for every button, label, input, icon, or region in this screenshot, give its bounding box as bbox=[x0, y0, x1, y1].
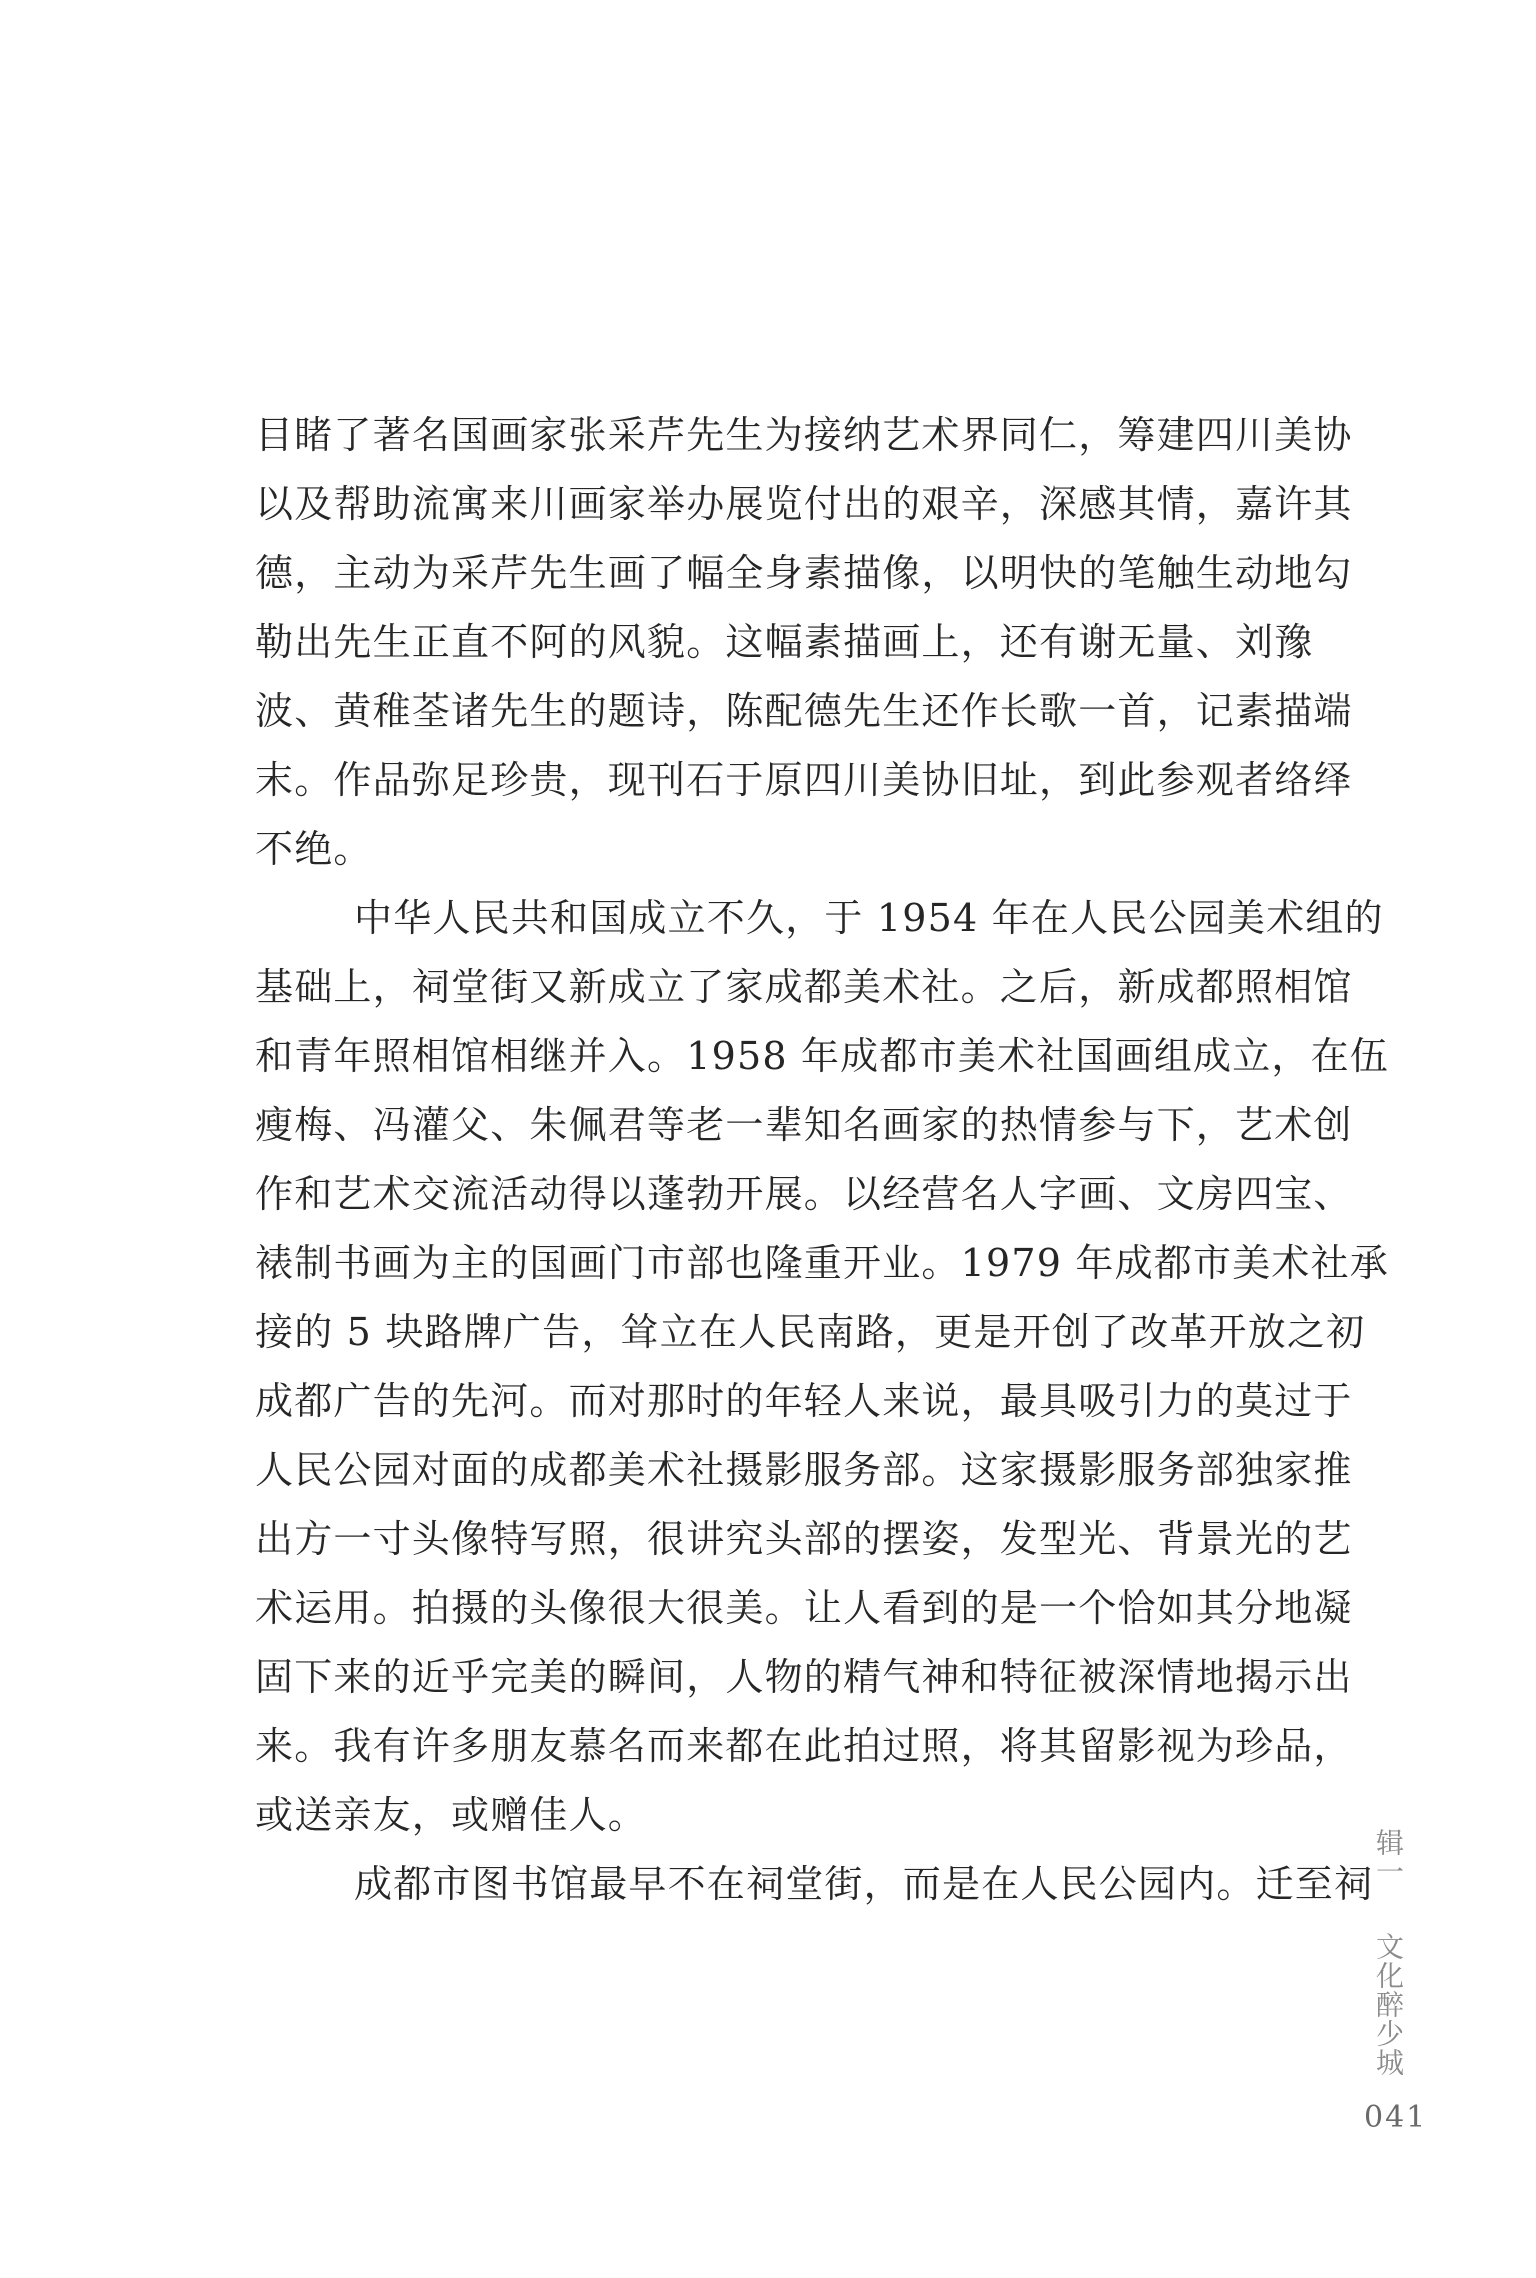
text-line: 术运用。拍摄的头像很大很美。让人看到的是一个恰如其分地凝 bbox=[255, 1582, 1247, 1651]
text-line: 基础上，祠堂街又新成立了家成都美术社。之后，新成都照相馆 bbox=[255, 961, 1247, 1030]
text-line: 固下来的近乎完美的瞬间，人物的精气神和特征被深情地揭示出 bbox=[255, 1651, 1247, 1720]
section-title: 文化醉少城 bbox=[1372, 1932, 1405, 2077]
book-page: 目睹了著名国画家张采芹先生为接纳艺术界同仁，筹建四川美协 以及帮助流寓来川画家举… bbox=[0, 0, 1536, 2278]
text-line: 作和艺术交流活动得以蓬勃开展。以经营名人字画、文房四宝、 bbox=[255, 1168, 1247, 1237]
text-line: 和青年照相馆相继并入。1958 年成都市美术社国画组成立，在伍 bbox=[255, 1030, 1247, 1099]
text-line: 以及帮助流寓来川画家举办展览付出的艰辛，深感其情，嘉许其 bbox=[255, 478, 1247, 547]
section-label: 辑一 bbox=[1372, 1828, 1405, 1886]
text-line: 人民公园对面的成都美术社摄影服务部。这家摄影服务部独家推 bbox=[255, 1444, 1247, 1513]
text-line: 瘦梅、冯灌父、朱佩君等老一辈知名画家的热情参与下，艺术创 bbox=[255, 1099, 1247, 1168]
text-line: 来。我有许多朋友慕名而来都在此拍过照，将其留影视为珍品， bbox=[255, 1720, 1247, 1789]
text-line: 接的 5 块路牌广告，耸立在人民南路，更是开创了改革开放之初 bbox=[255, 1306, 1247, 1375]
paragraph-start-line: 中华人民共和国成立不久，于 1954 年在人民公园美术组的 bbox=[255, 892, 1247, 961]
text-line: 末。作品弥足珍贵，现刊石于原四川美协旧址，到此参观者络绎 bbox=[255, 754, 1247, 823]
text-line: 不绝。 bbox=[255, 823, 1247, 892]
text-line: 出方一寸头像特写照，很讲究头部的摆姿，发型光、背景光的艺 bbox=[255, 1513, 1247, 1582]
text-line: 目睹了著名国画家张采芹先生为接纳艺术界同仁，筹建四川美协 bbox=[255, 409, 1247, 478]
paragraph-start-line: 成都市图书馆最早不在祠堂街，而是在人民公园内。迁至祠 bbox=[255, 1858, 1247, 1927]
text-line: 波、黄稚荃诸先生的题诗，陈配德先生还作长歌一首，记素描端 bbox=[255, 685, 1247, 754]
body-text: 目睹了著名国画家张采芹先生为接纳艺术界同仁，筹建四川美协 以及帮助流寓来川画家举… bbox=[255, 409, 1247, 1927]
text-line: 裱制书画为主的国画门市部也隆重开业。1979 年成都市美术社承 bbox=[255, 1237, 1247, 1306]
text-line: 或送亲友，或赠佳人。 bbox=[255, 1789, 1247, 1858]
text-line: 勒出先生正直不阿的风貌。这幅素描画上，还有谢无量、刘豫 bbox=[255, 616, 1247, 685]
text-line: 德，主动为采芹先生画了幅全身素描像，以明快的笔触生动地勾 bbox=[255, 547, 1247, 616]
running-header-vertical: 辑一文化醉少城 bbox=[1368, 1828, 1408, 2077]
page-number: 041 bbox=[1364, 2100, 1427, 2135]
text-line: 成都广告的先河。而对那时的年轻人来说，最具吸引力的莫过于 bbox=[255, 1375, 1247, 1444]
